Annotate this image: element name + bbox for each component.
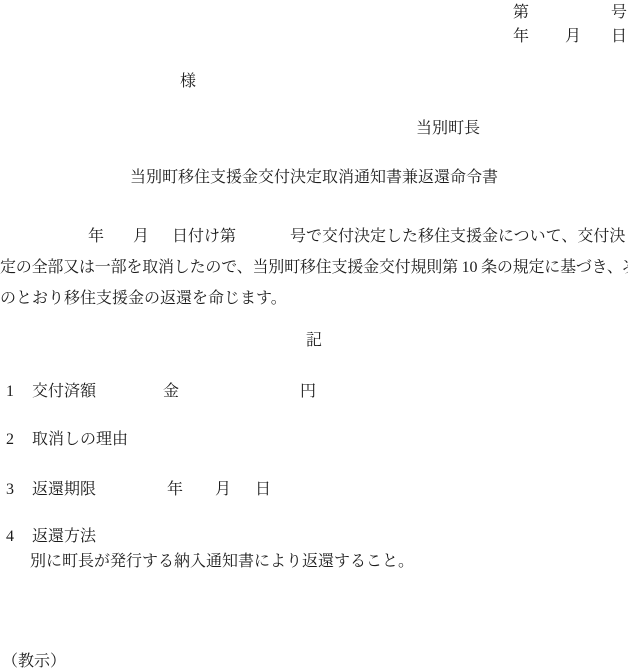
doc-number-suffix-label: 号: [611, 3, 627, 22]
item-3-day-label: 日: [255, 480, 271, 499]
date-month-label: 月: [565, 27, 581, 46]
date-year-label: 年: [513, 27, 529, 46]
item-3-label: 返還期限: [32, 480, 96, 499]
body-line1-month-label: 月: [133, 227, 149, 246]
body-line3-text: のとおり移住支援金の返還を命じます。: [0, 289, 287, 308]
item-1-amount-unit-label: 円: [300, 382, 316, 401]
item-4-number: 4: [6, 527, 14, 546]
item-1-amount-prefix-label: 金: [163, 382, 179, 401]
item-1-label: 交付済額: [32, 382, 96, 401]
section-marker: 記: [0, 331, 628, 350]
body-line2-text: 定の全部又は一部を取消したので、当別町移住支援金交付規則第 10 条の規定に基づ…: [0, 258, 628, 277]
item-3-year-label: 年: [167, 480, 183, 499]
item-3-number: 3: [6, 480, 14, 499]
addressee-honorific: 様: [180, 72, 196, 91]
item-2-number: 2: [6, 430, 14, 449]
sender-name: 当別町長: [416, 119, 480, 138]
document-page: 第 号 年 月 日 様 当別町長 当別町移住支援金交付決定取消通知書兼返還命令書…: [0, 0, 628, 672]
item-4-detail-text: 別に町長が発行する納入通知書により返還すること。: [30, 552, 414, 571]
item-1-number: 1: [6, 382, 14, 401]
body-line1-day-label: 日付け第: [172, 227, 236, 246]
item-3-month-label: 月: [215, 480, 231, 499]
footer-instruction-note: （教示）: [2, 652, 66, 671]
item-2-label: 取消しの理由: [32, 430, 128, 449]
body-line1-year-label: 年: [88, 227, 104, 246]
body-line1-text: 号で交付決定した移住支援金について、交付決: [290, 227, 625, 246]
doc-number-prefix-label: 第: [513, 3, 529, 22]
document-title: 当別町移住支援金交付決定取消通知書兼返還命令書: [0, 168, 628, 187]
item-4-label: 返還方法: [32, 527, 96, 546]
date-day-label: 日: [611, 27, 627, 46]
